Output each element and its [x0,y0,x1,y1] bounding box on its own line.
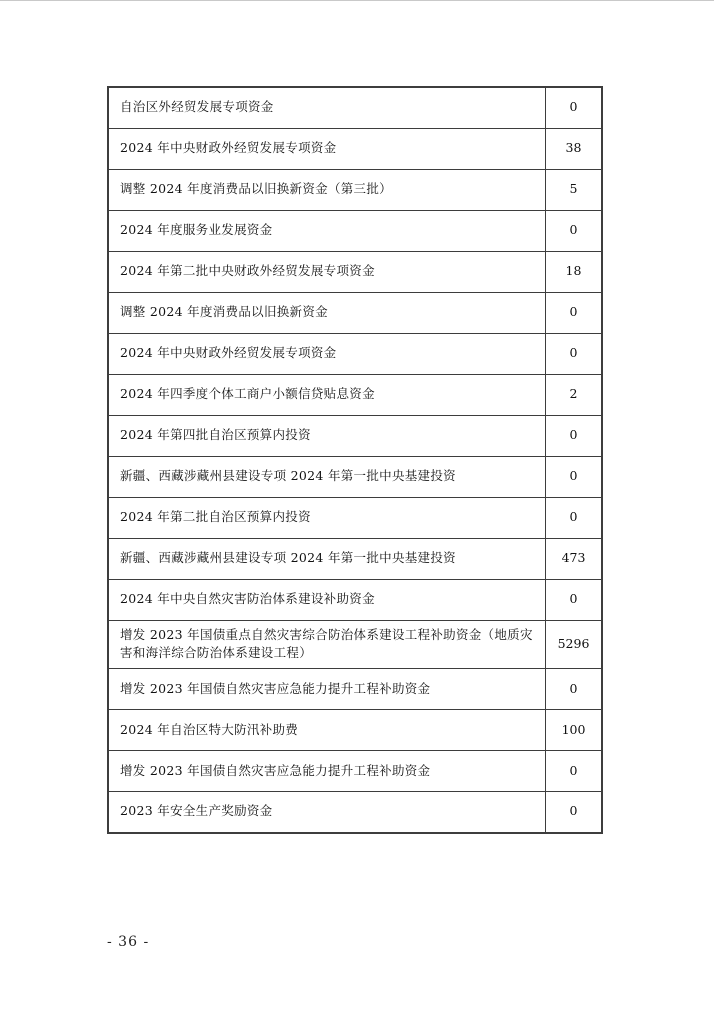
amount-cell: 5296 [546,620,603,669]
table-row: 2024 年自治区特大防汛补助费100 [108,710,602,751]
table-row: 新疆、西藏涉藏州县建设专项 2024 年第一批中央基建投资473 [108,538,602,579]
fund-name-cell: 2024 年中央财政外经贸发展专项资金 [108,333,546,374]
amount-cell: 0 [546,579,603,620]
amount-cell: 0 [546,456,603,497]
amount-cell: 0 [546,210,603,251]
fund-name-cell: 2024 年第四批自治区预算内投资 [108,415,546,456]
fund-name-cell: 增发 2023 年国债重点自然灾害综合防治体系建设工程补助资金（地质灾害和海洋综… [108,620,546,669]
fund-name-cell: 2024 年自治区特大防汛补助费 [108,710,546,751]
fund-name-cell: 2024 年度服务业发展资金 [108,210,546,251]
table-row: 增发 2023 年国债重点自然灾害综合防治体系建设工程补助资金（地质灾害和海洋综… [108,620,602,669]
fund-name-cell: 新疆、西藏涉藏州县建设专项 2024 年第一批中央基建投资 [108,538,546,579]
document-page: 自治区外经贸发展专项资金02024 年中央财政外经贸发展专项资金38调整 202… [0,0,714,1010]
fund-name-cell: 2024 年四季度个体工商户小额信贷贴息资金 [108,374,546,415]
table-row: 增发 2023 年国债自然灾害应急能力提升工程补助资金0 [108,751,602,792]
table-row: 调整 2024 年度消费品以旧换新资金0 [108,292,602,333]
amount-cell: 5 [546,169,603,210]
table-row: 2023 年安全生产奖励资金0 [108,792,602,833]
table-row: 2024 年中央财政外经贸发展专项资金0 [108,333,602,374]
table-row: 2024 年第二批自治区预算内投资0 [108,497,602,538]
amount-cell: 0 [546,292,603,333]
page-number: - 36 - [107,934,149,950]
fund-name-cell: 新疆、西藏涉藏州县建设专项 2024 年第一批中央基建投资 [108,456,546,497]
amount-cell: 0 [546,415,603,456]
table-row: 自治区外经贸发展专项资金0 [108,87,602,128]
table-row: 2024 年第四批自治区预算内投资0 [108,415,602,456]
fund-name-cell: 自治区外经贸发展专项资金 [108,87,546,128]
amount-cell: 0 [546,333,603,374]
amount-cell: 18 [546,251,603,292]
fund-name-cell: 2024 年中央自然灾害防治体系建设补助资金 [108,579,546,620]
amount-cell: 0 [546,751,603,792]
amount-cell: 0 [546,792,603,833]
amount-cell: 100 [546,710,603,751]
fund-name-cell: 增发 2023 年国债自然灾害应急能力提升工程补助资金 [108,751,546,792]
fund-name-cell: 调整 2024 年度消费品以旧换新资金（第三批） [108,169,546,210]
table-row: 新疆、西藏涉藏州县建设专项 2024 年第一批中央基建投资0 [108,456,602,497]
funds-table-body: 自治区外经贸发展专项资金02024 年中央财政外经贸发展专项资金38调整 202… [108,87,602,833]
table-row: 2024 年四季度个体工商户小额信贷贴息资金2 [108,374,602,415]
fund-name-cell: 2024 年第二批中央财政外经贸发展专项资金 [108,251,546,292]
fund-name-cell: 2024 年第二批自治区预算内投资 [108,497,546,538]
fund-name-cell: 调整 2024 年度消费品以旧换新资金 [108,292,546,333]
fund-name-cell: 2024 年中央财政外经贸发展专项资金 [108,128,546,169]
table-row: 调整 2024 年度消费品以旧换新资金（第三批）5 [108,169,602,210]
table-row: 2024 年中央财政外经贸发展专项资金38 [108,128,602,169]
fund-name-cell: 2023 年安全生产奖励资金 [108,792,546,833]
amount-cell: 0 [546,87,603,128]
amount-cell: 2 [546,374,603,415]
amount-cell: 0 [546,497,603,538]
table-row: 2024 年中央自然灾害防治体系建设补助资金0 [108,579,602,620]
funds-table: 自治区外经贸发展专项资金02024 年中央财政外经贸发展专项资金38调整 202… [107,86,603,834]
fund-name-cell: 增发 2023 年国债自然灾害应急能力提升工程补助资金 [108,669,546,710]
amount-cell: 473 [546,538,603,579]
table-row: 增发 2023 年国债自然灾害应急能力提升工程补助资金0 [108,669,602,710]
page-top-edge-line [0,0,714,1]
amount-cell: 0 [546,669,603,710]
table-row: 2024 年第二批中央财政外经贸发展专项资金18 [108,251,602,292]
amount-cell: 38 [546,128,603,169]
table-row: 2024 年度服务业发展资金0 [108,210,602,251]
